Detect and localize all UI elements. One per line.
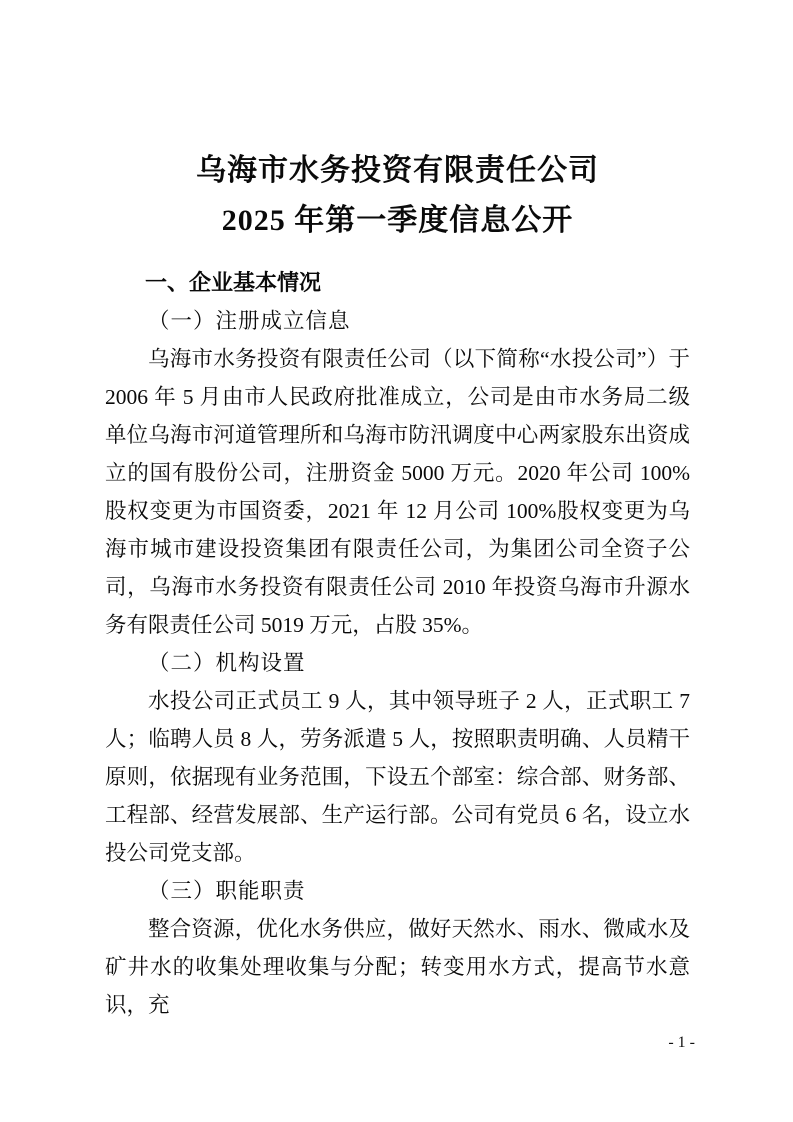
subsection-heading-organization: （二）机构设置 xyxy=(105,644,690,682)
paragraph-registration: 乌海市水务投资有限责任公司（以下简称“水投公司”）于 2006 年 5 月由市人… xyxy=(105,340,690,644)
document-title-line1: 乌海市水务投资有限责任公司 xyxy=(105,146,690,196)
section-heading-basic-info: 一、企业基本情况 xyxy=(105,264,690,302)
paragraph-organization: 水投公司正式员工 9 人，其中领导班子 2 人，正式职工 7 人；临聘人员 8 … xyxy=(105,682,690,872)
paragraph-duties: 整合资源，优化水务供应，做好天然水、雨水、微咸水及矿井水的收集处理收集与分配；转… xyxy=(105,910,690,1024)
subsection-heading-registration: （一）注册成立信息 xyxy=(105,302,690,340)
subsection-heading-duties: （三）职能职责 xyxy=(105,872,690,910)
document-title-line2: 2025 年第一季度信息公开 xyxy=(105,196,690,246)
page-number: - 1 - xyxy=(668,1034,695,1052)
document-page: 乌海市水务投资有限责任公司 2025 年第一季度信息公开 一、企业基本情况 （一… xyxy=(0,0,793,1122)
